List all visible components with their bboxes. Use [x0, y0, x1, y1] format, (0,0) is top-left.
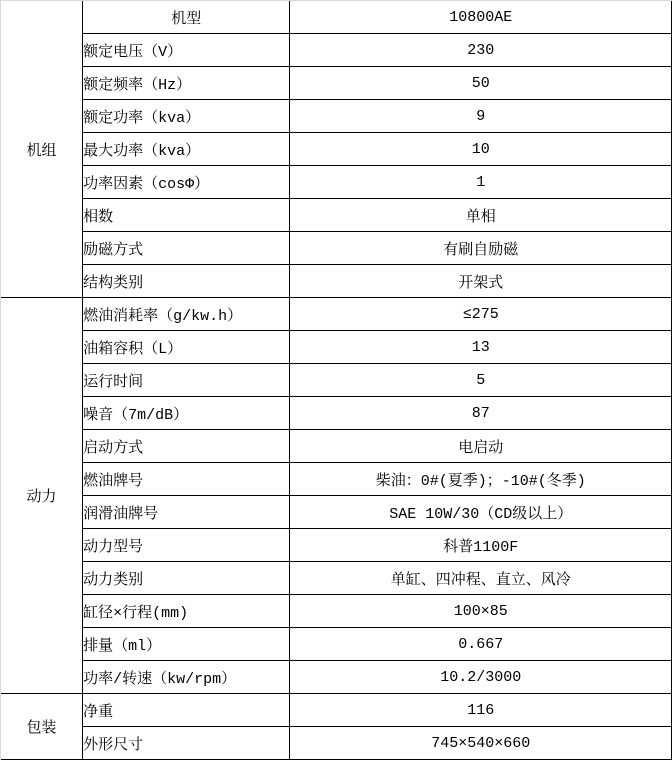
spec-label-cell: 励磁方式	[83, 232, 290, 265]
table-row: 外形尺寸 745×540×660	[1, 727, 672, 760]
spec-value-cell: 10.2/3000	[290, 661, 672, 694]
spec-value-cell: 230	[290, 34, 672, 67]
table-row: 结构类别 开架式	[1, 265, 672, 298]
table-row: 功率因素（cosΦ） 1	[1, 166, 672, 199]
table-row: 最大功率（kva） 10	[1, 133, 672, 166]
spec-value-cell: 9	[290, 100, 672, 133]
table-row: 动力类别 单缸、四冲程、直立、风冷	[1, 562, 672, 595]
spec-label-cell: 功率/转速（kw/rpm）	[83, 661, 290, 694]
spec-value-cell: 单相	[290, 199, 672, 232]
table-row: 机组 机型 10800AE	[1, 1, 672, 34]
table-row: 油箱容积（L） 13	[1, 331, 672, 364]
table-row: 燃油牌号 柴油：0#(夏季)；-10#(冬季)	[1, 463, 672, 496]
spec-label-cell: 结构类别	[83, 265, 290, 298]
spec-label-cell: 动力类别	[83, 562, 290, 595]
table-row: 运行时间 5	[1, 364, 672, 397]
section-category-unit: 机组	[1, 1, 83, 298]
table-row: 启动方式 电启动	[1, 430, 672, 463]
spec-value-cell: 13	[290, 331, 672, 364]
table-row: 噪音（7m/dB） 87	[1, 397, 672, 430]
table-row: 包装 净重 116	[1, 694, 672, 727]
table-row: 额定电压（V） 230	[1, 34, 672, 67]
spec-value-cell: 745×540×660	[290, 727, 672, 760]
table-row: 动力型号 科普1100F	[1, 529, 672, 562]
spec-value-cell: 87	[290, 397, 672, 430]
spec-value-cell: 电启动	[290, 430, 672, 463]
table-row: 额定频率（Hz） 50	[1, 67, 672, 100]
spec-value-cell: 10800AE	[290, 1, 672, 34]
spec-value-cell: 5	[290, 364, 672, 397]
spec-label-cell: 排量（ml）	[83, 628, 290, 661]
spec-value-cell: SAE 10W/30（CD级以上）	[290, 496, 672, 529]
spec-value-cell: 0.667	[290, 628, 672, 661]
spec-value-cell: 单缸、四冲程、直立、风冷	[290, 562, 672, 595]
table-row: 缸径×行程(mm) 100×85	[1, 595, 672, 628]
table-row: 额定功率（kva） 9	[1, 100, 672, 133]
spec-label-cell: 功率因素（cosΦ）	[83, 166, 290, 199]
spec-table: 机组 机型 10800AE 额定电压（V） 230 额定频率（Hz） 50 额定…	[0, 0, 672, 760]
table-row: 润滑油牌号 SAE 10W/30（CD级以上）	[1, 496, 672, 529]
spec-label-cell: 外形尺寸	[83, 727, 290, 760]
spec-label-cell: 相数	[83, 199, 290, 232]
section-category-packaging: 包装	[1, 694, 83, 760]
spec-value-cell: ≤275	[290, 298, 672, 331]
section-category-power: 动力	[1, 298, 83, 694]
spec-value-cell: 柴油：0#(夏季)；-10#(冬季)	[290, 463, 672, 496]
spec-label-cell: 噪音（7m/dB）	[83, 397, 290, 430]
spec-label-cell: 油箱容积（L）	[83, 331, 290, 364]
table-row: 励磁方式 有刷自励磁	[1, 232, 672, 265]
table-row: 排量（ml） 0.667	[1, 628, 672, 661]
table-row: 相数 单相	[1, 199, 672, 232]
spec-value-cell: 1	[290, 166, 672, 199]
spec-label-cell: 最大功率（kva）	[83, 133, 290, 166]
spec-label-cell: 润滑油牌号	[83, 496, 290, 529]
spec-value-cell: 50	[290, 67, 672, 100]
spec-value-cell: 科普1100F	[290, 529, 672, 562]
table-row: 动力 燃油消耗率（g/kw.h） ≤275	[1, 298, 672, 331]
spec-label-cell: 运行时间	[83, 364, 290, 397]
spec-label-cell: 额定频率（Hz）	[83, 67, 290, 100]
spec-label-cell: 燃油消耗率（g/kw.h）	[83, 298, 290, 331]
table-row: 功率/转速（kw/rpm） 10.2/3000	[1, 661, 672, 694]
spec-label-cell: 燃油牌号	[83, 463, 290, 496]
spec-label-cell: 净重	[83, 694, 290, 727]
spec-label-cell: 启动方式	[83, 430, 290, 463]
spec-value-cell: 100×85	[290, 595, 672, 628]
spec-label-cell: 额定电压（V）	[83, 34, 290, 67]
spec-value-cell: 10	[290, 133, 672, 166]
spec-label-cell: 机型	[83, 1, 290, 34]
spec-value-cell: 116	[290, 694, 672, 727]
spec-label-cell: 缸径×行程(mm)	[83, 595, 290, 628]
spec-value-cell: 开架式	[290, 265, 672, 298]
spec-value-cell: 有刷自励磁	[290, 232, 672, 265]
spec-label-cell: 动力型号	[83, 529, 290, 562]
spec-label-cell: 额定功率（kva）	[83, 100, 290, 133]
